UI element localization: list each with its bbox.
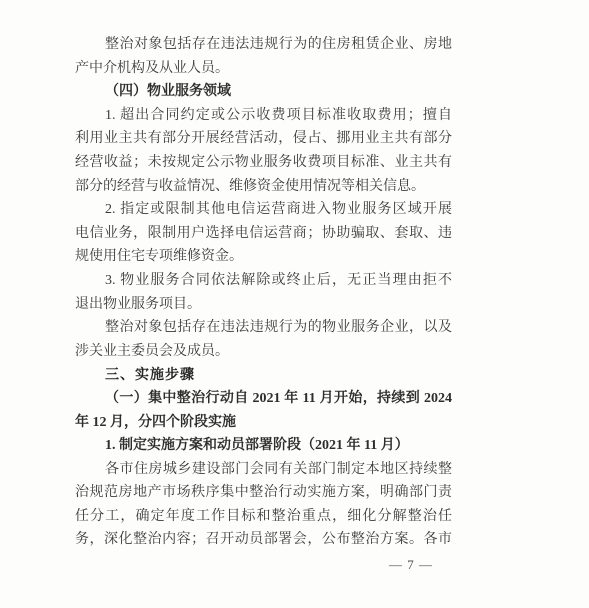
heading-line: 三、实施步骤 [75,363,452,387]
heading-line: 年 12 月，分四个阶段实施 [75,411,452,435]
text-line: 退出物业服务项目。 [75,293,452,317]
text-line: 治规范房地产市场秩序集中整治行动实施方案，明确部门责 [75,481,452,505]
text-line: 利用业主共有部分开展经营活动，侵占、挪用业主共有部分 [75,127,452,151]
document-text-block: 整治对象包括存在违法违规行为的住房租赁企业、房地产中介机构及从业人员。（四）物业… [75,33,452,552]
text-line: 务，深化整治内容；召开动员部署会，公布整治方案。各市 [75,528,452,552]
page-number: — 7 — [381,555,441,575]
text-line: 2. 指定或限制其他电信运营商进入物业服务区域开展 [75,198,452,222]
document-page: 整治对象包括存在违法违规行为的住房租赁企业、房地产中介机构及从业人员。（四）物业… [0,0,589,608]
text-line: 各市住房城乡建设部门会同有关部门制定本地区持续整 [75,458,452,482]
text-line: 3. 物业服务合同依法解除或终止后，无正当理由拒不 [75,269,452,293]
text-line: 1. 超出合同约定或公示收费项目标准收取费用；擅自 [75,104,452,128]
heading-line: （四）物业服务领域 [75,80,452,104]
text-line: 部分的经营与收益情况、维修资金使用情况等相关信息。 [75,175,452,199]
text-line: 经营收益；未按规定公示物业服务收费项目标准、业主共有 [75,151,452,175]
text-line: 产中介机构及从业人员。 [75,57,452,81]
text-line: 整治对象包括存在违法违规行为的住房租赁企业、房地 [75,33,452,57]
heading-line: 1. 制定实施方案和动员部署阶段（2021 年 11 月） [75,434,452,458]
text-line: 任分工，确定年度工作目标和整治重点，细化分解整治任 [75,505,452,529]
text-line: 整治对象包括存在违法违规行为的物业服务企业，以及 [75,316,452,340]
heading-line: （一）集中整治行动自 2021 年 11 月开始，持续到 2024 [75,387,452,411]
text-line: 规使用住宅专项维修资金。 [75,245,452,269]
text-line: 涉关业主委员会及成员。 [75,340,452,364]
text-line: 电信业务，限制用户选择电信运营商；协助骗取、套取、违 [75,222,452,246]
